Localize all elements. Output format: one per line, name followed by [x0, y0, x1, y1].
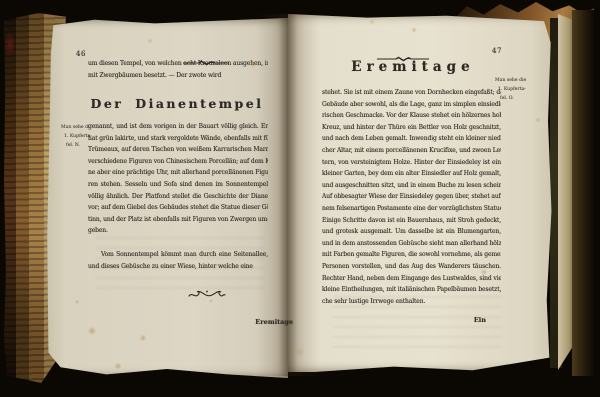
text-line: Personen vorstellen, und das Aug des Wan…	[322, 261, 501, 273]
text-line: und grotesk ausgemalt. Um dasselbe ist e…	[322, 226, 501, 238]
text-line: und nach dem Leben gemalt. Inwendig steh…	[322, 133, 501, 145]
body-paragraph-left-2: Vom Sonnentempel kömmt man durch eine Se…	[88, 249, 268, 272]
text-line: tinn, und der Platz ist ebenfalls mit Fi…	[88, 214, 268, 226]
text-line: und ausgeschnitten sitzt, und in einem B…	[322, 180, 501, 192]
catchword-right: Ein	[330, 316, 486, 324]
text-line: Einige Schritte davon ist ein Bauernhaus…	[322, 215, 501, 227]
page-edges-outer-right	[572, 10, 594, 376]
text-line: Gebäude aber sowohl, als die Lage, ganz …	[322, 99, 501, 111]
page-number-right: 47	[492, 47, 502, 55]
text-line: mit Zwergbäumen besetzt. — Der zwote wir…	[88, 70, 268, 82]
text-line: Trümeaux, auf deren Tischen von weißem K…	[88, 144, 268, 156]
text-line: stehet. Sie ist mit einem Zaune von Dorn…	[322, 87, 501, 99]
text-line: ne aber eine prächtige Uhr, mit allerhan…	[88, 167, 268, 179]
text-line: vor; auf dem Giebel des Gebäudes stehet …	[88, 202, 268, 214]
body-paragraph-left: genannt, und ist dem vorigen in der Baua…	[88, 121, 268, 237]
catchword-left: Eremitage	[88, 318, 293, 326]
chapter-heading-right: Eremitage	[325, 59, 501, 75]
marginal-note-left: Man sehe die1. Kupferta-fel. N.	[61, 124, 89, 150]
text-line: Kreuz, und hinter der Thüre ein Bettler …	[322, 122, 501, 134]
end-flourish-icon	[188, 286, 226, 305]
text-line: genannt, und ist dem vorigen in der Baua…	[88, 121, 268, 133]
page-edge-strip	[16, 13, 32, 383]
page-number-left: 46	[76, 50, 86, 58]
text-line: geben.	[88, 225, 268, 237]
text-line: und dieses Gebüsche zu einer Wiese, hint…	[88, 261, 268, 273]
text-line: kleiner Garten, bey dem ein alter Einsie…	[322, 168, 501, 180]
text-line: nem felsenartigen Postamente eine der vo…	[322, 203, 501, 215]
text-line: und in dem anstossenden Gebüsche sieht m…	[322, 238, 501, 250]
text-line: ren stehen. Sesseln und Sofa sind denen …	[88, 179, 268, 191]
text-line: che sehr lustige Irrwege enthalten.	[322, 296, 501, 308]
text-line: Auf obbesagter Wiese der Einsiedeley geg…	[322, 191, 501, 203]
text-line: mit Farben gemalte Figuren, die sowohl v…	[322, 249, 501, 261]
text-line: cher Altar, mit einem porcellänenen Kruc…	[322, 145, 501, 157]
body-paragraph-right: stehet. Sie ist mit einem Zaune von Dorn…	[322, 87, 501, 307]
book-photo: 46 um diesen Tempel, von welchen acht Kr…	[0, 0, 600, 397]
text-line: Man sehe die	[61, 124, 89, 133]
intro-paragraph: um diesen Tempel, von welchen acht Kreuz…	[88, 58, 268, 82]
text-line: um diesen Tempel, von welchen acht Kreuz…	[88, 58, 268, 70]
text-line: Man sehe die	[495, 77, 529, 86]
text-line: Vom Sonnentempel kömmt man durch eine Se…	[88, 249, 268, 261]
text-line: hat grün lakirte, und stark vergoldete W…	[88, 133, 268, 145]
page-edge-strip	[29, 13, 47, 383]
page-edge-strip	[4, 13, 20, 383]
text-line: rischen Geschmacke. Vor der Klause stehe…	[322, 110, 501, 122]
text-line: völlig ähnlich. Der Platfond stellet die…	[88, 191, 268, 203]
text-line: Rechter Hand, neben dem Eingange des Lus…	[322, 273, 501, 285]
chapter-heading-left: Der Dianentempel	[84, 96, 270, 111]
text-line: kleine Eintheilungen, mit italiänischen …	[322, 284, 501, 296]
text-line: verschiedene Figuren von Chinesischem Po…	[88, 156, 268, 168]
text-line: tern, von versteinigtem Holze. Hinter de…	[322, 157, 501, 169]
